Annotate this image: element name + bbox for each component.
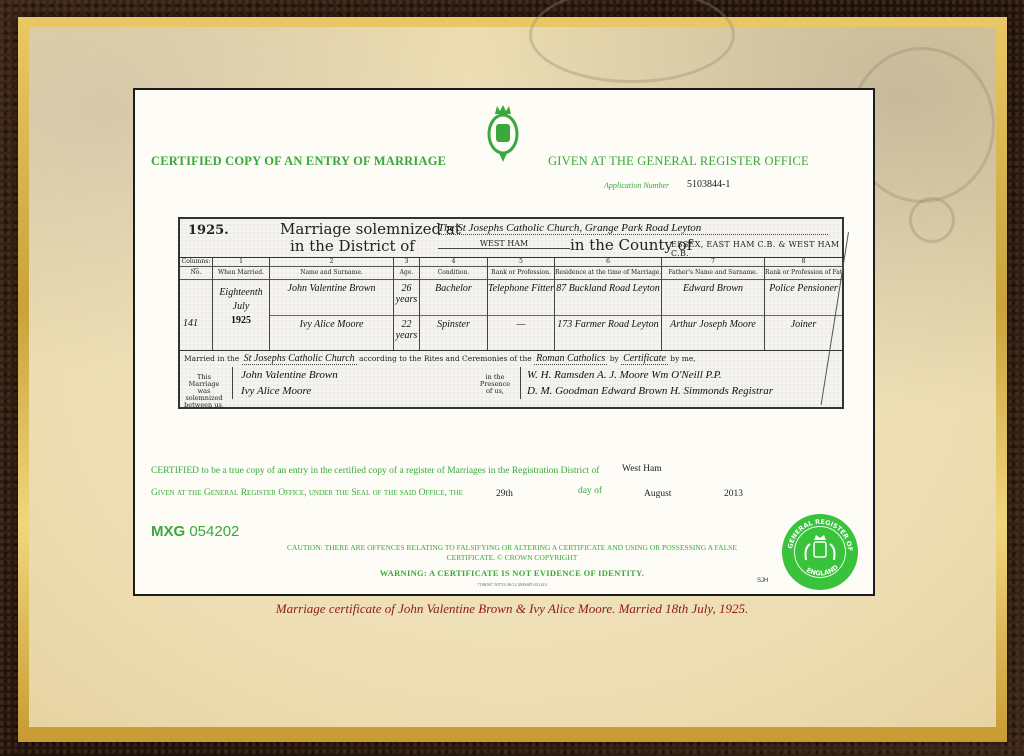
- day-of-label: day of: [578, 486, 602, 496]
- gro-seal-icon: GENERAL REGISTER OFFICE ENGLAND: [782, 514, 858, 590]
- given-at-statement: Given at the General Register Office, un…: [151, 488, 463, 498]
- column-age: 3 Age. 26 years 22 years: [394, 258, 420, 350]
- certified-day: 29th: [496, 489, 513, 499]
- signatures-couple: John Valentine Brown Ivy Alice Moore: [232, 367, 481, 399]
- seal-top-text: GENERAL REGISTER OFFICE: [782, 514, 854, 552]
- groom-name: John Valentine Brown: [270, 280, 393, 316]
- certificate-title: CERTIFIED COPY OF AN ENTRY OF MARRIAGE: [151, 154, 446, 169]
- bride-signature: Ivy Alice Moore: [241, 383, 481, 399]
- decorative-swirl: [909, 197, 955, 243]
- church-name: St Josephs Catholic Church: [242, 353, 357, 365]
- issuing-office: GIVEN AT THE GENERAL REGISTER OFFICE: [548, 154, 809, 169]
- solemnized-label: Marriage solemnized at: [280, 221, 461, 238]
- application-number-label: Application Number: [604, 181, 669, 190]
- caution-notice: CAUTION: THERE ARE OFFENCES RELATING TO …: [277, 543, 747, 563]
- print-code: 7186567 50752 06/12 3MSSD 031143: [277, 582, 747, 587]
- image-caption: Marriage certificate of John Valentine B…: [0, 601, 1024, 617]
- marriage-place: The St Josephs Catholic Church, Grange P…: [438, 222, 828, 235]
- certified-district: West Ham: [622, 464, 662, 474]
- certified-year: 2013: [724, 489, 743, 499]
- entry-number: 141: [183, 318, 198, 329]
- bride-age: 22 years: [394, 316, 419, 351]
- registrar-initials: SJH: [757, 578, 768, 584]
- bride-father: Arthur Joseph Moore: [662, 316, 764, 351]
- column-condition: 4 Condition. Bachelor Spinster: [420, 258, 488, 350]
- groom-residence: 87 Buckland Road Leyton: [555, 280, 661, 316]
- presence-label: in the Presence of us,: [478, 374, 512, 395]
- married-in-row: Married in the St Josephs Catholic Churc…: [184, 353, 696, 364]
- district-value: WEST HAM: [438, 239, 570, 249]
- married-month: July: [213, 300, 269, 314]
- bride-rank: —: [488, 316, 554, 351]
- column-residence: 6 Residence at the time of Marriage. 87 …: [555, 258, 662, 350]
- marriage-certificate: CERTIFIED COPY OF AN ENTRY OF MARRIAGE G…: [133, 88, 875, 596]
- column-father: 7 Father's Name and Surname. Edward Brow…: [662, 258, 765, 350]
- register-title: Marriage solemnized at in the District o…: [280, 221, 461, 255]
- groom-age: 26 years: [394, 280, 419, 316]
- bride-name: Ivy Alice Moore: [270, 316, 393, 351]
- certification-statement: CERTIFIED to be a true copy of an entry …: [151, 466, 599, 476]
- county-value: ESSEX, EAST HAM C.B. & WEST HAM C.B.: [671, 240, 842, 258]
- witness-line-2: D. M. Goodman Edward Brown H. Simmonds R…: [527, 383, 847, 399]
- groom-father-rank: Police Pensioner: [765, 280, 842, 316]
- bride-condition: Spinster: [420, 316, 487, 351]
- by-certificate: Certificate: [621, 353, 668, 365]
- between-label: This Marriage was solemnized between us,: [184, 374, 224, 409]
- svg-text:GENERAL REGISTER OFFICE: GENERAL REGISTER OFFICE: [782, 514, 854, 552]
- decorative-swirl: [529, 0, 735, 83]
- column-rank: 5 Rank or Profession. Telephone Fitter —: [488, 258, 555, 350]
- signatures-witnesses: W. H. Ramsden A. J. Moore Wm O'Neill P.P…: [520, 367, 847, 399]
- groom-father: Edward Brown: [662, 280, 764, 316]
- identity-warning: WARNING: A CERTIFICATE IS NOT EVIDENCE O…: [277, 568, 747, 578]
- seal-crest-icon: GENERAL REGISTER OFFICE ENGLAND: [782, 514, 858, 590]
- district-label: in the District of: [280, 238, 461, 255]
- register-table: Columns:— No. 141 1 When Married. Eighte…: [180, 257, 842, 351]
- groom-rank: Telephone Fitter: [488, 280, 554, 316]
- married-day: Eighteenth: [213, 286, 269, 300]
- column-name: 2 Name and Surname. John Valentine Brown…: [270, 258, 394, 350]
- column-no: Columns:— No. 141: [180, 258, 213, 350]
- svg-text:ENGLAND: ENGLAND: [805, 563, 840, 578]
- certified-month: August: [644, 489, 671, 499]
- column-when-married: 1 When Married. Eighteenth July 1925: [213, 258, 270, 350]
- rites: Roman Catholics: [534, 353, 607, 365]
- bride-residence: 173 Farmer Road Leyton: [555, 316, 661, 351]
- serial-number: MXG 054202: [151, 523, 239, 540]
- married-year: 1925: [213, 314, 269, 328]
- groom-condition: Bachelor: [420, 280, 487, 316]
- application-number: 5103844-1: [687, 179, 730, 190]
- register-year: 1925.: [188, 223, 229, 238]
- groom-signature: John Valentine Brown: [241, 367, 481, 383]
- royal-crest-icon: [485, 104, 521, 166]
- register-entry: 1925. Marriage solemnized at in the Dist…: [178, 217, 844, 409]
- witness-line-1: W. H. Ramsden A. J. Moore Wm O'Neill P.P…: [527, 367, 847, 383]
